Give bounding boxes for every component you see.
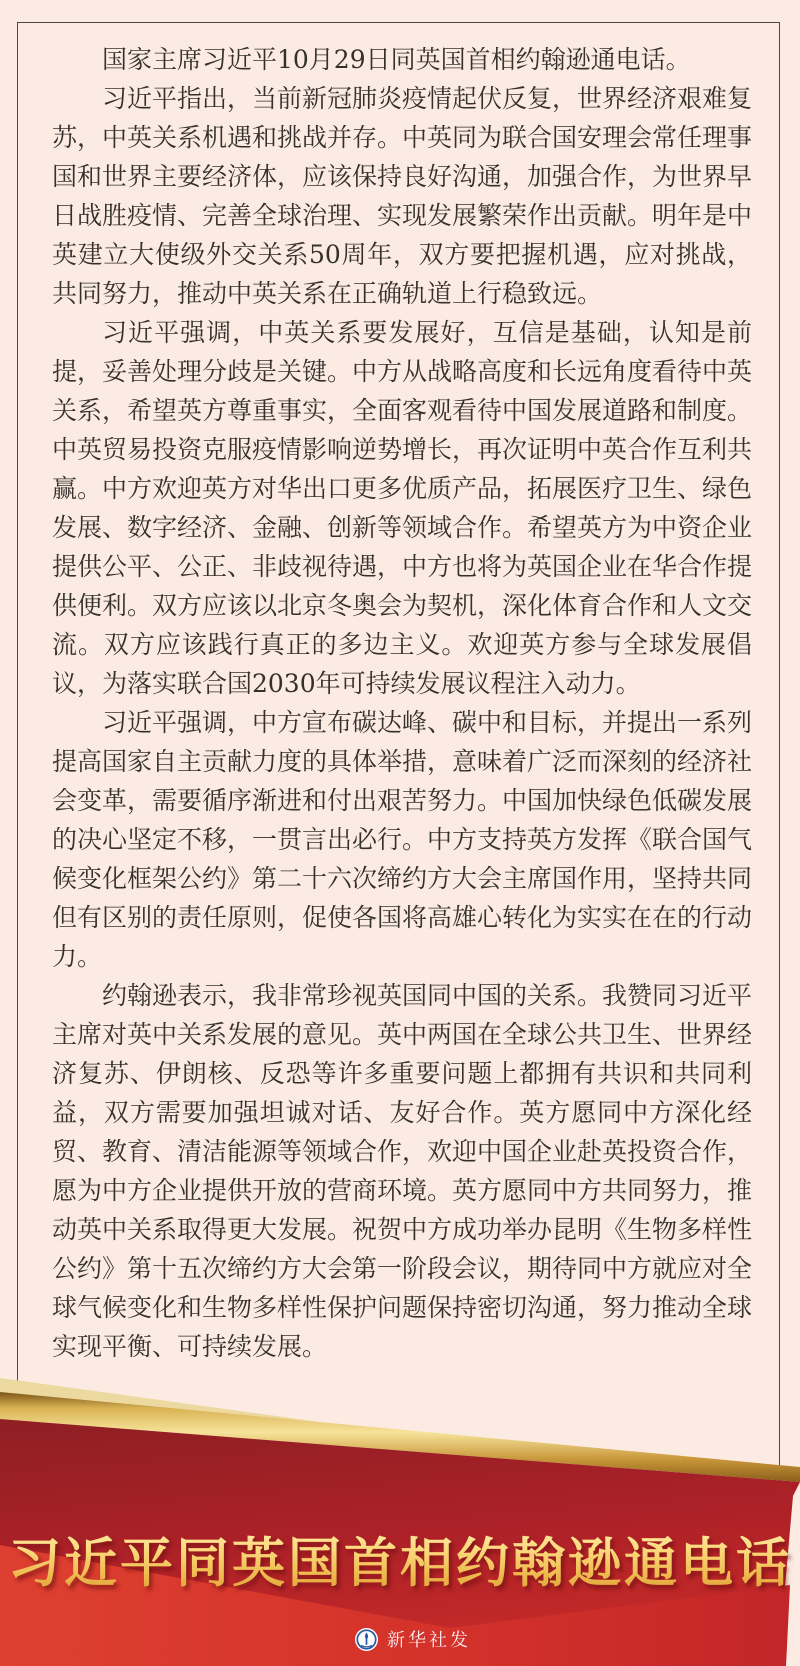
article-paragraph: 国家主席习近平10月29日同英国首相约翰逊通电话。 — [52, 40, 752, 79]
article-paragraph: 习近平强调，中英关系要发展好，互信是基础，认知是前提，妥善处理分歧是关键。中方从… — [52, 313, 752, 703]
ribbon-banner — [0, 1356, 800, 1666]
credit-line: 新华社发 — [13, 1626, 800, 1652]
article-paragraph: 习近平指出，当前新冠肺炎疫情起伏反复，世界经济艰难复苏，中英关系机遇和挑战并存。… — [52, 79, 752, 313]
credit-text: 新华社发 — [387, 1626, 471, 1652]
article-paragraph: 约翰逊表示，我非常珍视英国同中国的关系。我赞同习近平主席对英中关系发展的意见。英… — [52, 976, 752, 1366]
xinhua-emblem-icon — [355, 1628, 378, 1651]
news-poster: 国家主席习近平10月29日同英国首相约翰逊通电话。 习近平指出，当前新冠肺炎疫情… — [0, 0, 800, 1666]
article-paragraph: 习近平强调，中方宣布碳达峰、碳中和目标，并提出一系列提高国家自主贡献力度的具体举… — [52, 703, 752, 976]
article-body: 国家主席习近平10月29日同英国首相约翰逊通电话。 习近平指出，当前新冠肺炎疫情… — [52, 40, 752, 1366]
banner-title: 习近平同英国首相约翰逊通电话 — [0, 1521, 800, 1597]
